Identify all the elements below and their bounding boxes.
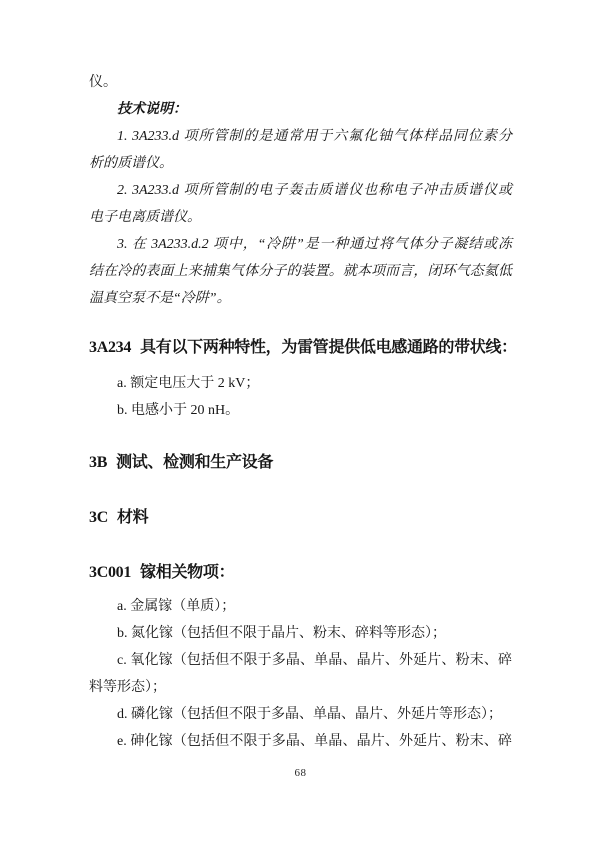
note-line: 2. 3A233.d 项所管制的电子轰击质谱仪也称电子冲击质谱仪或 <box>89 177 512 204</box>
list-item-continuation: 料等形态）； <box>89 674 512 701</box>
section-title: 镓相关物项： <box>140 564 234 581</box>
section-code: 3C001 <box>89 564 131 581</box>
technical-note-title: 技术说明： <box>89 96 512 123</box>
page-number: 68 <box>89 767 512 779</box>
section-code: 3B <box>89 454 107 471</box>
list-item: c. 氧化镓（包括但不限于多晶、单晶、晶片、外延片、粉末、碎 <box>89 647 512 674</box>
list-item: a. 金属镓（单质）； <box>89 593 512 620</box>
list-item: e. 砷化镓（包括但不限于多晶、单晶、晶片、外延片、粉末、碎 <box>89 728 512 755</box>
section-title: 材料 <box>117 509 148 526</box>
section-heading-3a234: 3A234具有以下两种特性，为雷管提供低电感通路的带状线： <box>89 334 512 362</box>
note-line: 析的质谱仪。 <box>89 150 512 177</box>
technical-note-3: 3. 在 3A233.d.2 项中，“冷阱”是一种通过将气体分子凝结或冻 结在冷… <box>89 231 512 312</box>
note-line: 电子电离质谱仪。 <box>89 204 512 231</box>
note-line: 结在冷的表面上来捕集气体分子的装置。就本项而言，闭环气态氦低 <box>89 258 512 285</box>
list-item: b. 电感小于 20 nH。 <box>89 397 512 424</box>
list-item: b. 氮化镓（包括但不限于晶片、粉末、碎料等形态）； <box>89 620 512 647</box>
section-3c001: 3C001镓相关物项： a. 金属镓（单质）； b. 氮化镓（包括但不限于晶片、… <box>89 559 512 755</box>
technical-note-block: 技术说明： 1. 3A233.d 项所管制的是通常用于六氟化铀气体样品同位素分 … <box>89 96 512 312</box>
technical-note-2: 2. 3A233.d 项所管制的电子轰击质谱仪也称电子冲击质谱仪或 电子电离质谱… <box>89 177 512 231</box>
section-heading-3c: 3C材料 <box>89 504 512 532</box>
note-line: 1. 3A233.d 项所管制的是通常用于六氟化铀气体样品同位素分 <box>89 123 512 150</box>
section-items: a. 金属镓（单质）； b. 氮化镓（包括但不限于晶片、粉末、碎料等形态）； c… <box>89 593 512 755</box>
section-3a234: 3A234具有以下两种特性，为雷管提供低电感通路的带状线： a. 额定电压大于 … <box>89 334 512 424</box>
list-item: d. 磷化镓（包括但不限于多晶、单晶、晶片、外延片等形态）； <box>89 701 512 728</box>
document-page: 仪。 技术说明： 1. 3A233.d 项所管制的是通常用于六氟化铀气体样品同位… <box>0 0 595 841</box>
section-title: 具有以下两种特性，为雷管提供低电感通路的带状线： <box>140 339 517 356</box>
section-title: 测试、检测和生产设备 <box>116 454 273 471</box>
section-code: 3C <box>89 509 108 526</box>
section-items: a. 额定电压大于 2 kV； b. 电感小于 20 nH。 <box>89 370 512 424</box>
note-line: 温真空泵不是“冷阱”。 <box>89 285 512 312</box>
technical-note-1: 1. 3A233.d 项所管制的是通常用于六氟化铀气体样品同位素分 析的质谱仪。 <box>89 123 512 177</box>
section-heading-3b: 3B测试、检测和生产设备 <box>89 449 512 477</box>
continuation-line: 仪。 <box>89 69 512 96</box>
section-heading-3c001: 3C001镓相关物项： <box>89 559 512 587</box>
note-line: 3. 在 3A233.d.2 项中，“冷阱”是一种通过将气体分子凝结或冻 <box>89 231 512 258</box>
section-code: 3A234 <box>89 339 131 356</box>
list-item: a. 额定电压大于 2 kV； <box>89 370 512 397</box>
